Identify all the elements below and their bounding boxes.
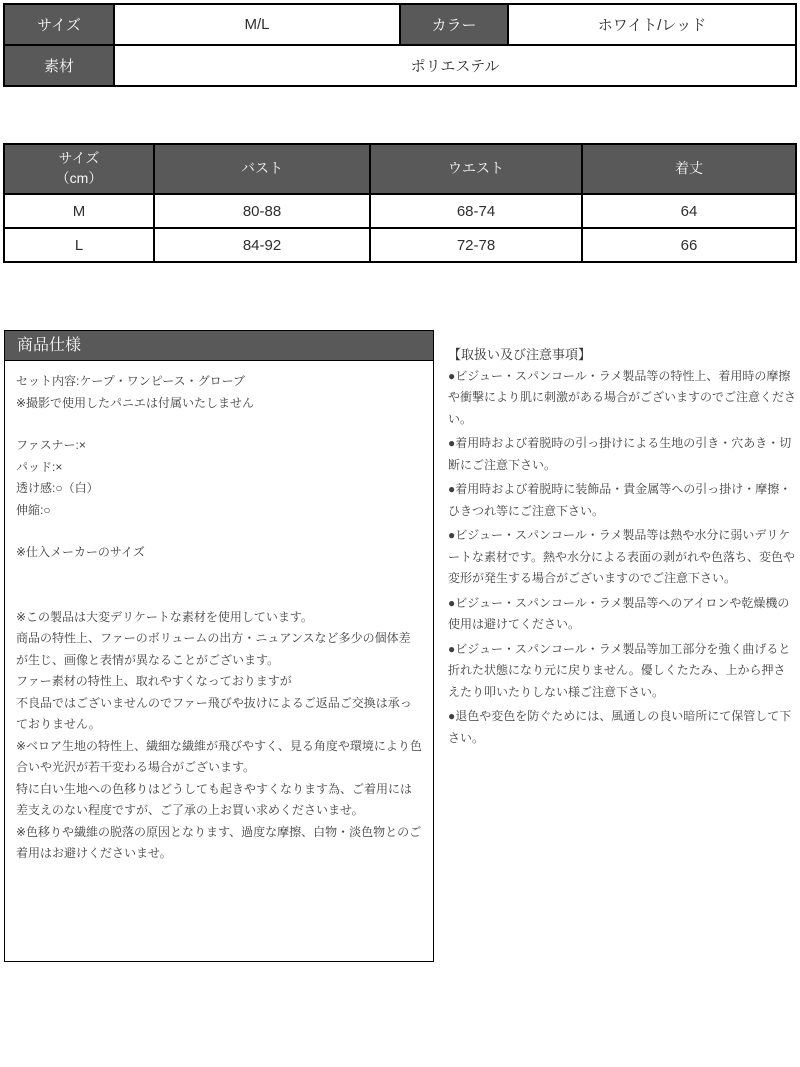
waist-cell: 68-74 [370, 194, 582, 228]
spec-note-delicate: ※この製品は大変デリケートな素材を使用しています。 [16, 607, 422, 629]
size-cm-header-line1: サイズ [59, 150, 100, 166]
size-cell: M [4, 194, 154, 228]
size-cell: L [4, 228, 154, 262]
waist-header: ウエスト [370, 144, 582, 194]
length-cell: 66 [582, 228, 796, 262]
waist-cell: 72-78 [370, 228, 582, 262]
spec-no-pannier: ※撮影で使用したパニエは付属いたしません [16, 393, 422, 415]
product-spec-panel: 商品仕様 セット内容:ケープ・ワンピース・グローブ ※撮影で使用したパニエは付属… [4, 330, 434, 962]
color-value-cell: ホワイト/レッド [508, 4, 796, 45]
spec-pad: パッド:× [16, 457, 422, 479]
spec-note-fur-shedding: ファー素材の特性上、取れやすくなっておりますが [16, 671, 422, 693]
spec-note-color-transfer: 特に白い生地への色移りはどうしても起きやすくなります為、ご着用には差支えのない程… [16, 779, 422, 822]
handling-note-item: ●着用時および着脱時に装飾品・貴金属等への引っ掛け・摩擦・ひきつれ等にご注意下さ… [448, 479, 797, 522]
handling-note-item: ●ビジュー・スパンコール・ラメ製品等は熱や水分に弱いデリケートな素材です。熱や水… [448, 525, 797, 590]
handling-note-item: ●着用時および着脱時の引っ掛けによる生地の引き・穴あき・切断にご注意下さい。 [448, 433, 797, 476]
size-cm-header: サイズ （cm） [4, 144, 154, 194]
spec-note-friction: ※色移りや繊維の脱落の原因となります、過度な摩擦、白物・淡色物とのご着用はお避け… [16, 822, 422, 865]
spec-note-no-returns: 不良品ではございませんのでファー飛びや抜けによるご返品ご交換は承っておりません。 [16, 693, 422, 736]
table-row: サイズ M/L カラー ホワイト/レッド [4, 4, 796, 45]
bust-cell: 84-92 [154, 228, 370, 262]
size-chart-header-row: サイズ （cm） バスト ウエスト 着丈 [4, 144, 796, 194]
handling-note-item: ●ビジュー・スパンコール・ラメ製品等へのアイロンや乾燥機の使用は避けてください。 [448, 593, 797, 636]
spec-note-fur-variance: 商品の特性上、ファーのボリュームの出方・ニュアンスなど多少の個体差が生じ、画像と… [16, 628, 422, 671]
color-label-cell: カラー [400, 4, 508, 45]
table-row: 素材 ポリエステル [4, 45, 796, 86]
material-value-cell: ポリエステル [114, 45, 796, 86]
spec-stretch: 伸縮:○ [16, 500, 422, 522]
spec-note-velour: ※ベロア生地の特性上、繊細な繊維が飛びやすく、見る角度や環境により色合いや光沢が… [16, 736, 422, 779]
product-attributes-table: サイズ M/L カラー ホワイト/レッド 素材 ポリエステル [3, 3, 797, 87]
size-label-cell: サイズ [4, 4, 114, 45]
bust-header: バスト [154, 144, 370, 194]
bust-cell: 80-88 [154, 194, 370, 228]
spec-maker-size: ※仕入メーカーのサイズ [16, 542, 422, 564]
length-header: 着丈 [582, 144, 796, 194]
handling-note-item: ●ビジュー・スパンコール・ラメ製品等の特性上、着用時の摩擦や衝撃により肌に刺激が… [448, 366, 797, 431]
size-cm-header-line2: （cm） [56, 170, 103, 186]
size-chart-row-l: L 84-92 72-78 66 [4, 228, 796, 262]
product-spec-title: 商品仕様 [5, 331, 433, 361]
material-label-cell: 素材 [4, 45, 114, 86]
spec-set-contents: セット内容:ケープ・ワンピース・グローブ [16, 371, 422, 393]
length-cell: 64 [582, 194, 796, 228]
spec-sheerness: 透け感:○（白） [16, 478, 422, 500]
product-spec-content: セット内容:ケープ・ワンピース・グローブ ※撮影で使用したパニエは付属いたしませ… [5, 361, 433, 865]
handling-notes: 【取扱い及び注意事項】 ●ビジュー・スパンコール・ラメ製品等の特性上、着用時の摩… [448, 344, 797, 752]
handling-note-item: ●ビジュー・スパンコール・ラメ製品等加工部分を強く曲げると折れた状態になり元に戻… [448, 639, 797, 704]
handling-note-item: ●退色や変色を防ぐためには、風通しの良い暗所にて保管して下さい。 [448, 706, 797, 749]
size-value-cell: M/L [114, 4, 400, 45]
handling-notes-title: 【取扱い及び注意事項】 [448, 344, 797, 366]
size-chart-table: サイズ （cm） バスト ウエスト 着丈 M 80-88 68-74 64 L … [3, 143, 797, 263]
spec-fastener: ファスナー:× [16, 435, 422, 457]
size-chart-row-m: M 80-88 68-74 64 [4, 194, 796, 228]
